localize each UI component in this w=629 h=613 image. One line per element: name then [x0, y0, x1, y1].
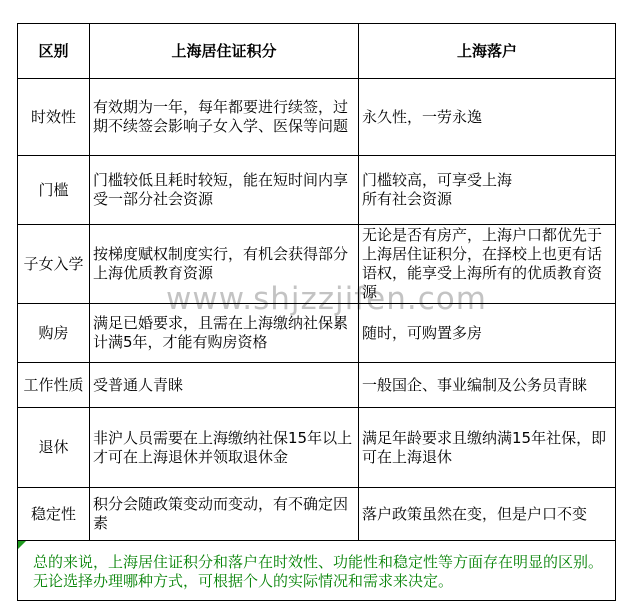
table-row: 退休 非沪人员需要在上海缴纳社保15年以上才可在上海退休并领取退休金 满足年龄要… [18, 408, 616, 488]
cell-luohu: 永久性，一劳永逸 [359, 79, 616, 156]
summary-note: 总的来说，上海居住证积分和落户在时效性、功能性和稳定性等方面存在明显的区别。无论… [33, 553, 603, 590]
cell-jifen: 有效期为一年，每年都要进行续签，过期不续签会影响子女入学、医保等问题 [90, 79, 359, 156]
summary-note-cell: 总的来说，上海居住证积分和落户在时效性、功能性和稳定性等方面存在明显的区别。无论… [18, 541, 616, 601]
cell-jifen: 门槛较低且耗时较短，能在短时间内享受一部分社会资源 [90, 156, 359, 225]
row-label: 门槛 [18, 156, 90, 225]
cell-luohu: 满足年龄要求且缴纳满15年社保，即可在上海退休 [359, 408, 616, 488]
cell-luohu: 一般国企、事业编制及公务员青睐 [359, 363, 616, 408]
row-label: 子女入学 [18, 225, 90, 304]
table-row: 时效性 有效期为一年，每年都要进行续签，过期不续签会影响子女入学、医保等问题 永… [18, 79, 616, 156]
table-row: 子女入学 按梯度赋权制度实行，有机会获得部分上海优质教育资源 无论是否有房产，上… [18, 225, 616, 304]
cell-luohu: 门槛较高，可享受上海 所有社会资源 [359, 156, 616, 225]
row-label: 购房 [18, 304, 90, 363]
cell-jifen: 满足已婚要求，且需在上海缴纳社保累计满5年，才能有购房资格 [90, 304, 359, 363]
summary-row: 总的来说，上海居住证积分和落户在时效性、功能性和稳定性等方面存在明显的区别。无论… [18, 541, 616, 601]
row-label: 稳定性 [18, 488, 90, 541]
table-row: 工作性质 受普通人青睐 一般国企、事业编制及公务员青睐 [18, 363, 616, 408]
page: www.shjzzjifen.com 区别 上海居住证积分 上海落户 时效性 有… [0, 0, 629, 613]
cell-jifen: 非沪人员需要在上海缴纳社保15年以上才可在上海退休并领取退休金 [90, 408, 359, 488]
row-label: 退休 [18, 408, 90, 488]
cell-luohu: 无论是否有房产，上海户口都优先于上海居住证积分，在择校上也更有话语权，能享受上海… [359, 225, 616, 304]
cell-jifen: 积分会随政策变动而变动，有不确定因素 [90, 488, 359, 541]
header-cell-category: 区别 [18, 24, 90, 79]
comment-marker-icon [18, 541, 26, 549]
table-row: 购房 满足已婚要求，且需在上海缴纳社保累计满5年，才能有购房资格 随时，可购置多… [18, 304, 616, 363]
table-row: 稳定性 积分会随政策变动而变动，有不确定因素 落户政策虽然在变，但是户口不变 [18, 488, 616, 541]
table-row: 门槛 门槛较低且耗时较短，能在短时间内享受一部分社会资源 门槛较高，可享受上海 … [18, 156, 616, 225]
cell-jifen: 受普通人青睐 [90, 363, 359, 408]
cell-luohu: 落户政策虽然在变，但是户口不变 [359, 488, 616, 541]
header-cell-luohu: 上海落户 [359, 24, 616, 79]
table-header-row: 区别 上海居住证积分 上海落户 [18, 24, 616, 79]
row-label: 时效性 [18, 79, 90, 156]
header-cell-jifen: 上海居住证积分 [90, 24, 359, 79]
cell-jifen: 按梯度赋权制度实行，有机会获得部分上海优质教育资源 [90, 225, 359, 304]
row-label: 工作性质 [18, 363, 90, 408]
cell-luohu: 随时，可购置多房 [359, 304, 616, 363]
comparison-table: 区别 上海居住证积分 上海落户 时效性 有效期为一年，每年都要进行续签，过期不续… [17, 23, 616, 601]
